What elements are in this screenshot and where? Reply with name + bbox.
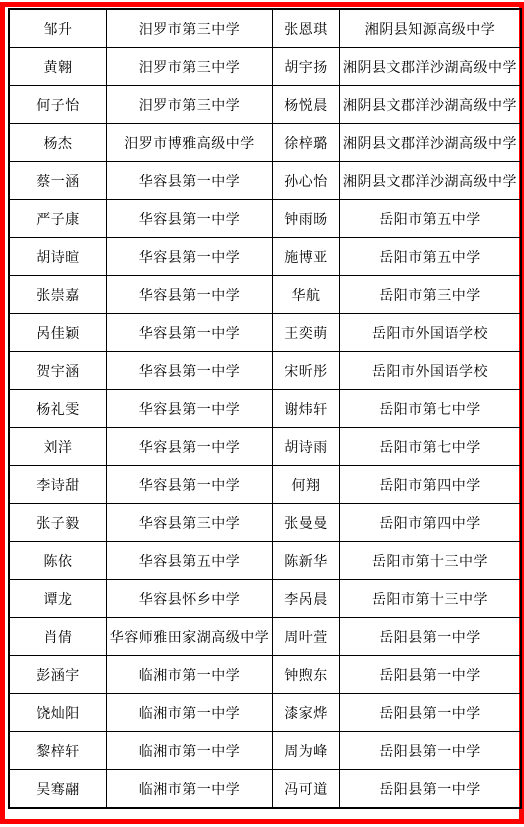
school-name-cell: 临湘市第一中学 [107, 732, 273, 770]
school-name-cell: 岳阳市外国语学校 [340, 352, 522, 390]
table-row: 贺宇涵华容县第一中学宋昕彤岳阳市外国语学校 [9, 352, 521, 390]
school-name-cell: 岳阳县第一中学 [340, 656, 522, 694]
student-name-cell: 胡诗雨 [273, 428, 340, 466]
table-row: 杨礼雯华容县第一中学谢炜轩岳阳市第七中学 [9, 390, 521, 428]
table-row: 何子怡汨罗市第三中学杨悦晨湘阴县文郡洋沙湖高级中学 [9, 86, 521, 124]
table-row: 饶灿阳临湘市第一中学漆家烨岳阳县第一中学 [9, 694, 521, 732]
table-row: 张崇嘉华容县第一中学华航岳阳市第三中学 [9, 276, 521, 314]
school-name-cell: 湘阴县文郡洋沙湖高级中学 [340, 86, 522, 124]
student-name-cell: 杨礼雯 [9, 390, 107, 428]
table-row: 肖倩华容师雅田家湖高级中学周叶萱岳阳县第一中学 [9, 618, 521, 656]
student-name-cell: 邹升 [9, 9, 107, 48]
school-name-cell: 汨罗市第三中学 [107, 86, 273, 124]
table-row: 刘洋华容县第一中学胡诗雨岳阳市第七中学 [9, 428, 521, 466]
table-row: 严子康华容县第一中学钟雨旸岳阳市第五中学 [9, 200, 521, 238]
school-name-cell: 临湘市第一中学 [107, 656, 273, 694]
student-name-cell: 刘洋 [9, 428, 107, 466]
student-name-cell: 蔡一涵 [9, 162, 107, 200]
student-name-cell: 李呙晨 [273, 580, 340, 618]
school-name-cell: 汨罗市博雅高级中学 [107, 124, 273, 162]
student-name-cell: 吴骞翮 [9, 770, 107, 809]
student-name-cell: 李诗甜 [9, 466, 107, 504]
school-name-cell: 岳阳市第七中学 [340, 390, 522, 428]
student-name-cell: 钟雨旸 [273, 200, 340, 238]
table-row: 蔡一涵华容县第一中学孙心怡湘阴县文郡洋沙湖高级中学 [9, 162, 521, 200]
school-name-cell: 华容县第一中学 [107, 238, 273, 276]
school-name-cell: 湘阴县知源高级中学 [340, 9, 522, 48]
school-name-cell: 汨罗市第三中学 [107, 48, 273, 86]
table-row: 陈依华容县第五中学陈新华岳阳市第十三中学 [9, 542, 521, 580]
school-name-cell: 岳阳市第四中学 [340, 504, 522, 542]
school-name-cell: 华容县怀乡中学 [107, 580, 273, 618]
student-name-cell: 张崇嘉 [9, 276, 107, 314]
table-row: 邹升汨罗市第三中学张恩琪湘阴县知源高级中学 [9, 9, 521, 48]
student-name-cell: 杨悦晨 [273, 86, 340, 124]
school-name-cell: 华容县第三中学 [107, 504, 273, 542]
school-name-cell: 华容师雅田家湖高级中学 [107, 618, 273, 656]
school-name-cell: 湘阴县文郡洋沙湖高级中学 [340, 48, 522, 86]
student-name-cell: 贺宇涵 [9, 352, 107, 390]
student-name-cell: 张子毅 [9, 504, 107, 542]
school-name-cell: 华容县第一中学 [107, 428, 273, 466]
student-name-cell: 周叶萱 [273, 618, 340, 656]
table-body: 邹升汨罗市第三中学张恩琪湘阴县知源高级中学黄翱汨罗市第三中学胡宇扬湘阴县文郡洋沙… [9, 9, 521, 808]
school-name-cell: 岳阳县第一中学 [340, 770, 522, 809]
student-name-cell: 黎梓轩 [9, 732, 107, 770]
school-name-cell: 岳阳市第五中学 [340, 200, 522, 238]
table-row: 呙佳颖华容县第一中学王奕萌岳阳市外国语学校 [9, 314, 521, 352]
school-name-cell: 岳阳市第四中学 [340, 466, 522, 504]
school-name-cell: 临湘市第一中学 [107, 694, 273, 732]
school-name-cell: 华容县第一中学 [107, 466, 273, 504]
student-name-cell: 谢炜轩 [273, 390, 340, 428]
table-row: 胡诗暄华容县第一中学施博亚岳阳市第五中学 [9, 238, 521, 276]
student-name-cell: 漆家烨 [273, 694, 340, 732]
table-row: 杨杰汨罗市博雅高级中学徐梓璐湘阴县文郡洋沙湖高级中学 [9, 124, 521, 162]
student-name-cell: 杨杰 [9, 124, 107, 162]
student-name-cell: 彭涵宇 [9, 656, 107, 694]
student-name-cell: 周为峰 [273, 732, 340, 770]
student-name-cell: 徐梓璐 [273, 124, 340, 162]
school-name-cell: 湘阴县文郡洋沙湖高级中学 [340, 162, 522, 200]
school-name-cell: 岳阳市第五中学 [340, 238, 522, 276]
student-name-cell: 王奕萌 [273, 314, 340, 352]
student-name-cell: 饶灿阳 [9, 694, 107, 732]
student-school-table: 邹升汨罗市第三中学张恩琪湘阴县知源高级中学黄翱汨罗市第三中学胡宇扬湘阴县文郡洋沙… [8, 8, 522, 809]
school-name-cell: 华容县第五中学 [107, 542, 273, 580]
table-row: 黎梓轩临湘市第一中学周为峰岳阳县第一中学 [9, 732, 521, 770]
school-name-cell: 华容县第一中学 [107, 200, 273, 238]
school-name-cell: 岳阳市第三中学 [340, 276, 522, 314]
table-row: 吴骞翮临湘市第一中学冯可道岳阳县第一中学 [9, 770, 521, 809]
table-row: 张子毅华容县第三中学张曼曼岳阳市第四中学 [9, 504, 521, 542]
school-name-cell: 岳阳市第十三中学 [340, 580, 522, 618]
school-name-cell: 岳阳市外国语学校 [340, 314, 522, 352]
student-name-cell: 陈新华 [273, 542, 340, 580]
table-row: 李诗甜华容县第一中学何翔岳阳市第四中学 [9, 466, 521, 504]
student-name-cell: 施博亚 [273, 238, 340, 276]
school-name-cell: 华容县第一中学 [107, 314, 273, 352]
student-name-cell: 张恩琪 [273, 9, 340, 48]
school-name-cell: 岳阳县第一中学 [340, 618, 522, 656]
student-name-cell: 何翔 [273, 466, 340, 504]
school-name-cell: 华容县第一中学 [107, 352, 273, 390]
school-name-cell: 临湘市第一中学 [107, 770, 273, 809]
student-name-cell: 华航 [273, 276, 340, 314]
school-name-cell: 岳阳市第十三中学 [340, 542, 522, 580]
student-name-cell: 严子康 [9, 200, 107, 238]
student-name-cell: 陈依 [9, 542, 107, 580]
student-name-cell: 何子怡 [9, 86, 107, 124]
student-name-cell: 黄翱 [9, 48, 107, 86]
student-name-cell: 冯可道 [273, 770, 340, 809]
school-name-cell: 岳阳县第一中学 [340, 694, 522, 732]
school-name-cell: 岳阳县第一中学 [340, 732, 522, 770]
student-name-cell: 肖倩 [9, 618, 107, 656]
school-name-cell: 湘阴县文郡洋沙湖高级中学 [340, 124, 522, 162]
table-row: 彭涵宇临湘市第一中学钟煦东岳阳县第一中学 [9, 656, 521, 694]
student-name-cell: 钟煦东 [273, 656, 340, 694]
student-name-cell: 胡诗暄 [9, 238, 107, 276]
student-name-cell: 宋昕彤 [273, 352, 340, 390]
table-row: 黄翱汨罗市第三中学胡宇扬湘阴县文郡洋沙湖高级中学 [9, 48, 521, 86]
school-name-cell: 汨罗市第三中学 [107, 9, 273, 48]
table-row: 谭龙华容县怀乡中学李呙晨岳阳市第十三中学 [9, 580, 521, 618]
school-name-cell: 华容县第一中学 [107, 390, 273, 428]
student-name-cell: 呙佳颖 [9, 314, 107, 352]
page: 邹升汨罗市第三中学张恩琪湘阴县知源高级中学黄翱汨罗市第三中学胡宇扬湘阴县文郡洋沙… [0, 0, 524, 827]
student-name-cell: 孙心怡 [273, 162, 340, 200]
student-name-cell: 张曼曼 [273, 504, 340, 542]
school-name-cell: 华容县第一中学 [107, 162, 273, 200]
school-name-cell: 华容县第一中学 [107, 276, 273, 314]
school-name-cell: 岳阳市第七中学 [340, 428, 522, 466]
student-name-cell: 谭龙 [9, 580, 107, 618]
student-name-cell: 胡宇扬 [273, 48, 340, 86]
